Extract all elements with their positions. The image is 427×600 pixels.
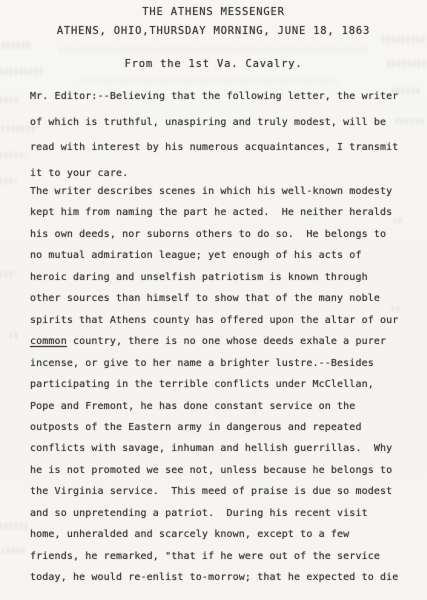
bleed-through-smudge	[60, 47, 370, 53]
bleed-through-smudge	[2, 42, 32, 49]
masthead-title: THE ATHENS MESSENGER	[0, 6, 427, 18]
line-remainder: country, there is no one whose deeds exh…	[67, 336, 386, 347]
bleed-through-smudge	[0, 178, 16, 184]
bleed-through-smudge	[2, 548, 26, 554]
document-line: today, he would re-enlist to-morrow; tha…	[30, 567, 409, 588]
underlined-word: common	[30, 336, 67, 347]
document-line: The writer describes scenes in which his…	[30, 181, 409, 202]
letter-paragraph-2: The writer describes scenes in which his…	[30, 181, 409, 589]
bleed-through-smudge	[10, 332, 18, 339]
document-line: incense, or give to her name a brighter …	[30, 353, 409, 374]
document-line: read with interest by his numerous acqua…	[30, 135, 409, 161]
document-line: of which is truthful, unaspiring and tru…	[30, 110, 409, 136]
bleed-through-smudge	[0, 152, 26, 158]
document-line: outposts of the Eastern army in dangerou…	[30, 417, 409, 438]
document-line: spirits that Athens county has offered u…	[30, 310, 409, 331]
bleed-through-smudge	[0, 271, 16, 277]
document-line: Mr. Editor:--Believing that the followin…	[30, 84, 409, 110]
masthead-dateline: ATHENS, OHIO,THURSDAY MORNING, JUNE 18, …	[0, 25, 427, 37]
document-line: home, unheralded and scarcely known, exc…	[30, 524, 409, 545]
document-line: kept him from naming the part he acted. …	[30, 202, 409, 223]
bleed-through-smudge	[0, 97, 20, 103]
document-line: his own deeds, nor suborns others to do …	[30, 224, 409, 245]
document-line: conflicts with savage, inhuman and helli…	[30, 438, 409, 459]
document-line: heroic daring and unselfish patriotism i…	[30, 267, 409, 288]
letter-paragraph-1: Mr. Editor:--Believing that the followin…	[30, 84, 409, 186]
scanned-document-page: THE ATHENS MESSENGER ATHENS, OHIO,THURSD…	[0, 0, 427, 600]
bleed-through-smudge	[0, 523, 30, 530]
document-line: Pope and Fremont, he has done constant s…	[30, 396, 409, 417]
document-line: the Virginia service. This meed of prais…	[30, 481, 409, 502]
document-line: no mutual admiration league; yet enough …	[30, 245, 409, 266]
document-line: he is not promoted we see not, unless be…	[30, 460, 409, 481]
document-line: friends, he remarked, "that if he were o…	[30, 546, 409, 567]
document-line-with-underline: common country, there is no one whose de…	[30, 331, 409, 352]
document-line: other sources than himself to show that …	[30, 288, 409, 309]
document-line: and so unpretending a patriot. During hi…	[30, 503, 409, 524]
bleed-through-smudge	[382, 36, 426, 43]
article-heading: From the 1st Va. Cavalry.	[0, 58, 427, 70]
document-line: participating in the terrible conflicts …	[30, 374, 409, 395]
